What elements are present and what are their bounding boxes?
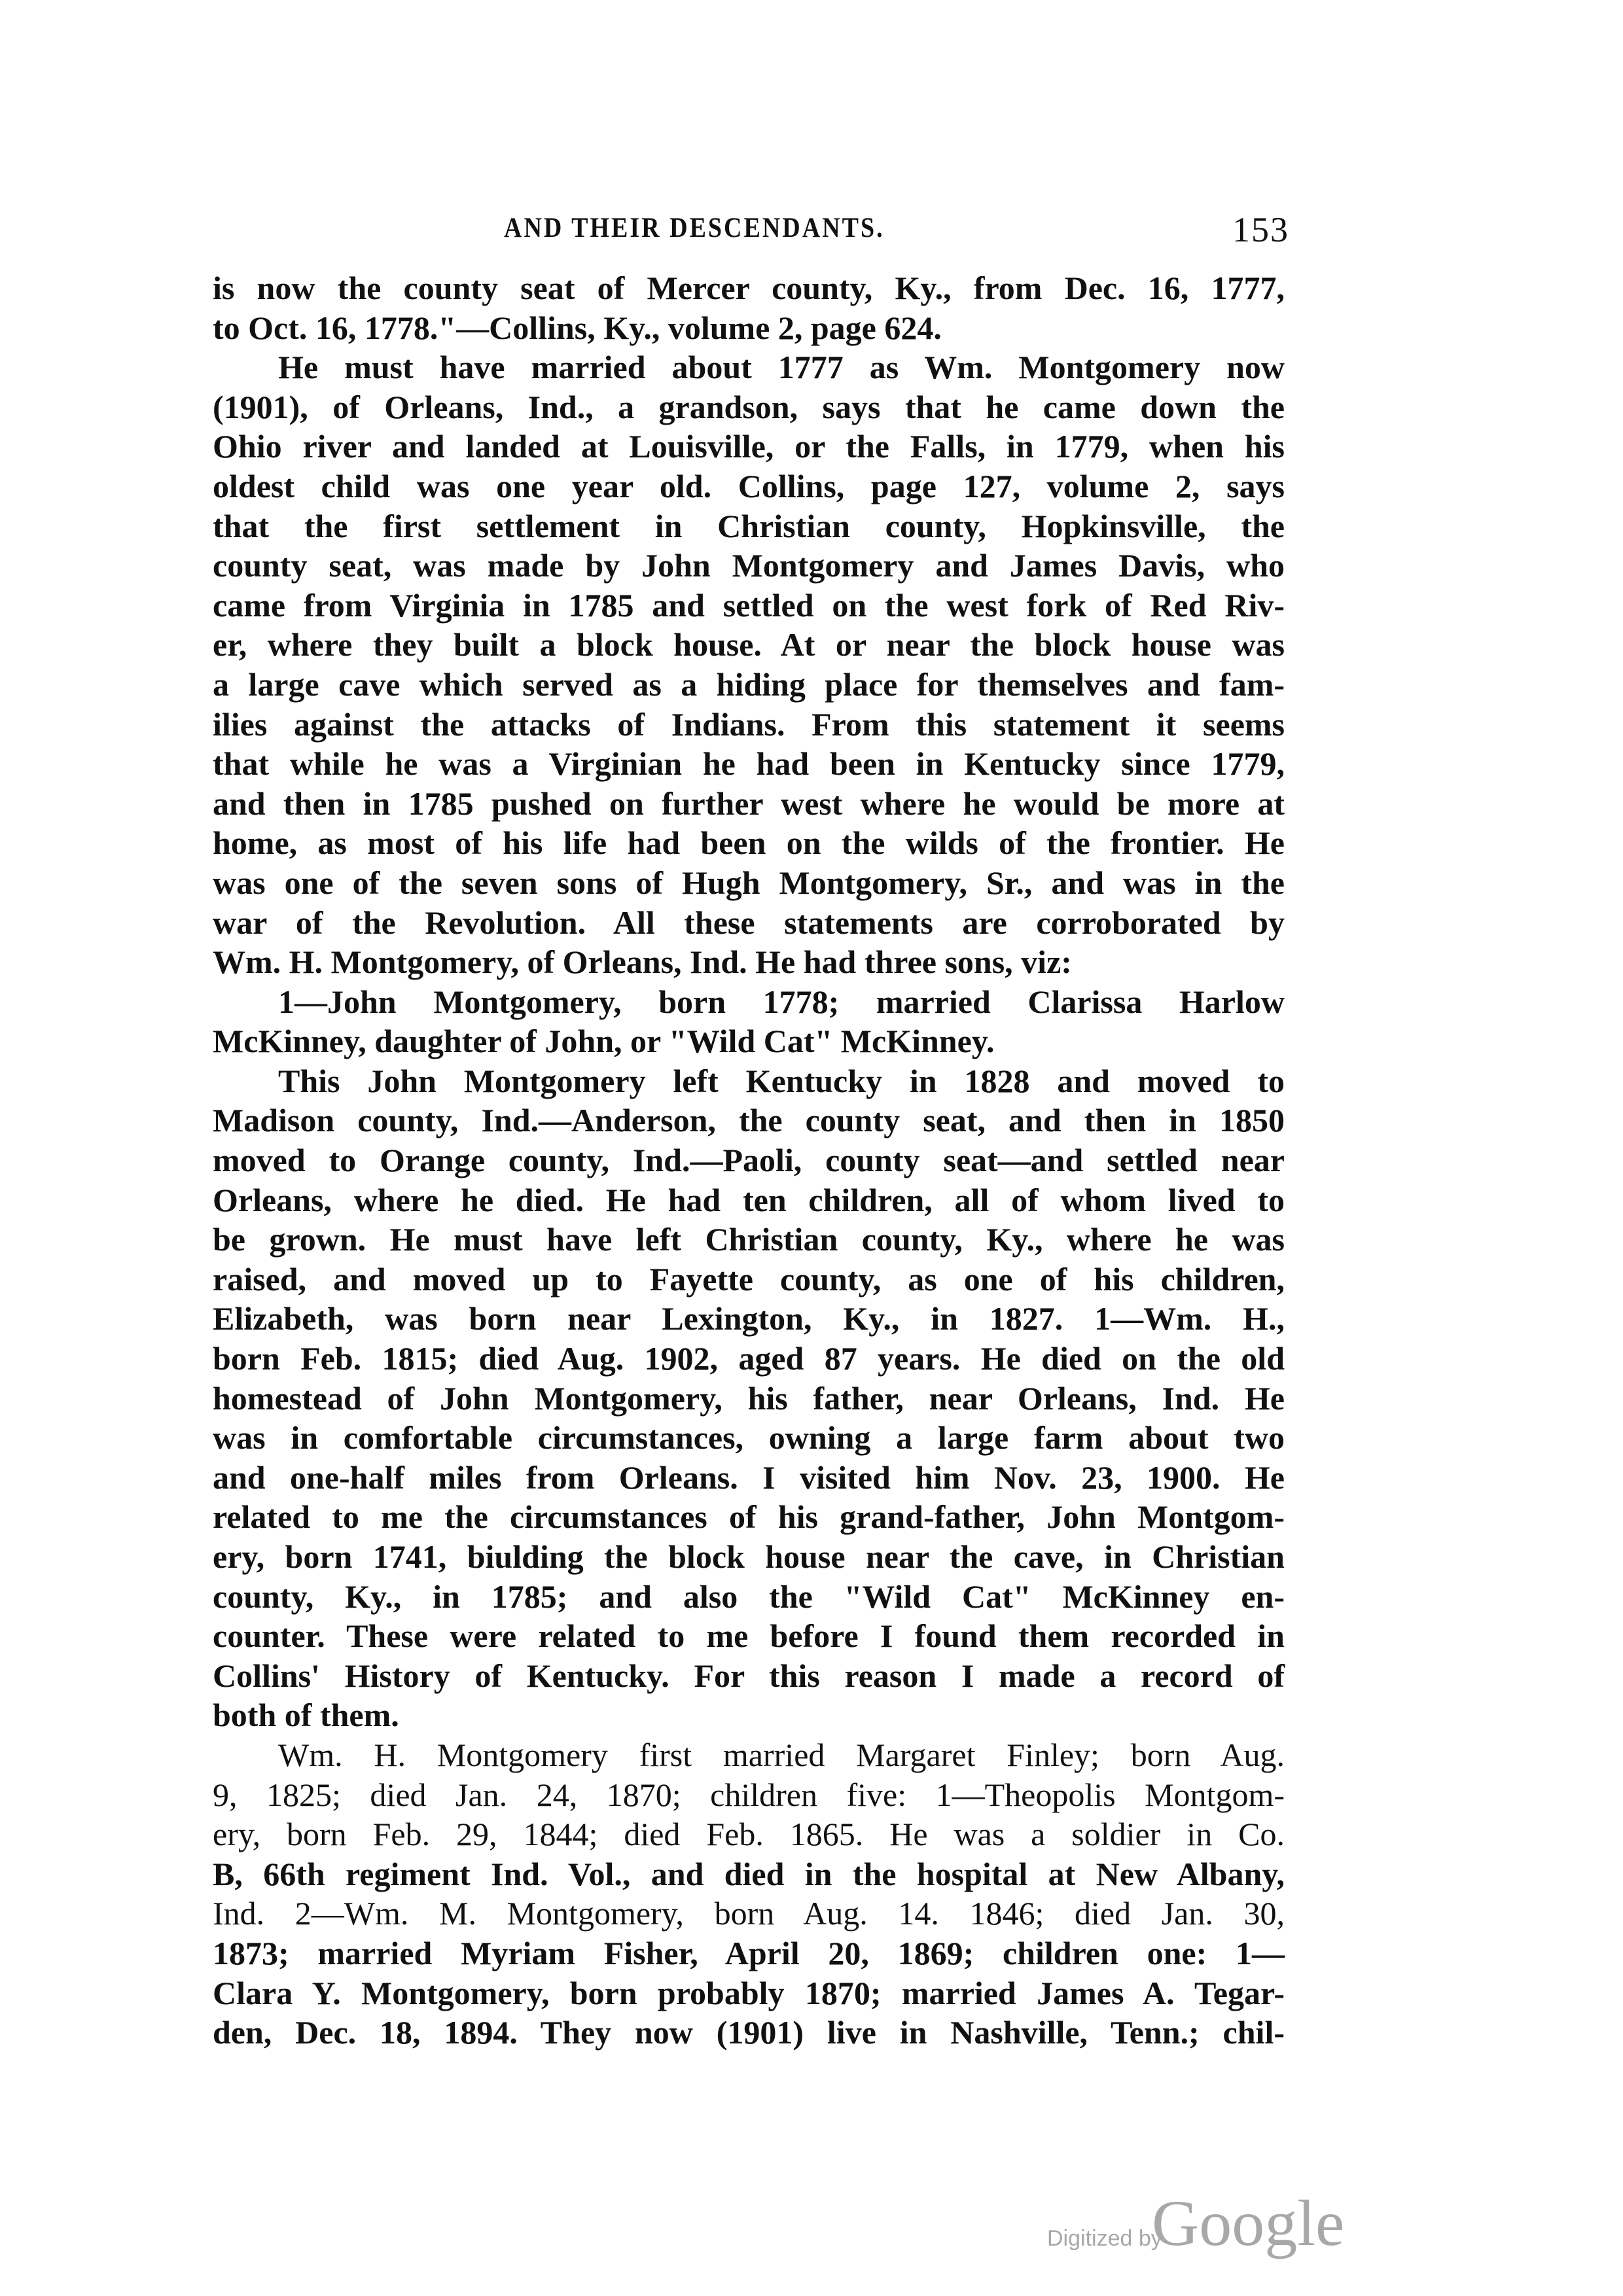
text-line: Madison county, Ind.—Anderson, the count… (213, 1101, 1285, 1140)
text-line: Ohio river and landed at Louisville, or … (213, 427, 1285, 467)
running-header: AND THEIR DESCENDANTS. 153 (504, 209, 1289, 262)
text-line: homestead of John Montgomery, his father… (213, 1379, 1285, 1419)
book-page: AND THEIR DESCENDANTS. 153 is now the co… (0, 0, 1623, 2296)
text-line: a large cave which served as a hiding pl… (213, 665, 1285, 705)
text-line: McKinney, daughter of John, or "Wild Cat… (213, 1021, 1285, 1061)
text-line: moved to Orange county, Ind.—Paoli, coun… (213, 1140, 1285, 1180)
text-line: 1873; married Myriam Fisher, April 20, 1… (213, 1934, 1285, 1973)
paragraph-start-line: Wm. H. Montgomery first married Margaret… (213, 1735, 1285, 1775)
watermark-prefix: Digitized by (1047, 2226, 1162, 2252)
text-line: counter. These were related to me before… (213, 1616, 1285, 1656)
page-number: 153 (1232, 209, 1289, 250)
text-line: county seat, was made by John Montgomery… (213, 546, 1285, 586)
text-line: that the first settlement in Christian c… (213, 506, 1285, 546)
body-text: is now the county seat of Mercer county,… (213, 268, 1285, 2053)
text-line: Clara Y. Montgomery, born probably 1870;… (213, 1973, 1285, 2013)
text-line: county, Ky., in 1785; and also the "Wild… (213, 1577, 1285, 1617)
text-line: be grown. He must have left Christian co… (213, 1220, 1285, 1260)
text-line: den, Dec. 18, 1894. They now (1901) live… (213, 2013, 1285, 2053)
running-title: AND THEIR DESCENDANTS. (504, 211, 885, 245)
text-line: ery, born Feb. 29, 1844; died Feb. 1865.… (213, 1814, 1285, 1854)
text-line: B, 66th regiment Ind. Vol., and died in … (213, 1854, 1285, 1894)
text-line: and one-half miles from Orleans. I visit… (213, 1458, 1285, 1498)
text-line: to Oct. 16, 1778."—Collins, Ky., volume … (213, 308, 1285, 348)
text-line: ilies against the attacks of Indians. Fr… (213, 705, 1285, 745)
text-line: related to me the circumstances of his g… (213, 1497, 1285, 1537)
text-line: that while he was a Virginian he had bee… (213, 744, 1285, 784)
text-line: came from Virginia in 1785 and settled o… (213, 586, 1285, 626)
google-logo-text: Google (1152, 2185, 1344, 2261)
text-line: born Feb. 1815; died Aug. 1902, aged 87 … (213, 1339, 1285, 1379)
text-line: oldest child was one year old. Collins, … (213, 467, 1285, 506)
text-line: and then in 1785 pushed on further west … (213, 784, 1285, 824)
text-line: Elizabeth, was born near Lexington, Ky.,… (213, 1299, 1285, 1339)
paragraph-start-line: He must have married about 1777 as Wm. M… (213, 347, 1285, 387)
paragraph-start-line: This John Montgomery left Kentucky in 18… (213, 1061, 1285, 1101)
text-line: is now the county seat of Mercer county,… (213, 268, 1285, 308)
text-line: home, as most of his life had been on th… (213, 823, 1285, 863)
text-line: Wm. H. Montgomery, of Orleans, Ind. He h… (213, 942, 1285, 982)
text-line: er, where they built a block house. At o… (213, 625, 1285, 665)
text-line: ery, born 1741, biulding the block house… (213, 1537, 1285, 1577)
text-line: raised, and moved up to Fayette county, … (213, 1260, 1285, 1299)
text-line: both of them. (213, 1695, 1285, 1735)
text-line: Collins' History of Kentucky. For this r… (213, 1656, 1285, 1696)
text-line: Ind. 2—Wm. M. Montgomery, born Aug. 14. … (213, 1894, 1285, 1934)
text-line: (1901), of Orleans, Ind., a grandson, sa… (213, 387, 1285, 427)
text-line: Orleans, where he died. He had ten child… (213, 1180, 1285, 1220)
paragraph-start-line: 1—John Montgomery, born 1778; married Cl… (213, 982, 1285, 1022)
text-line: was in comfortable circumstances, owning… (213, 1418, 1285, 1458)
text-line: war of the Revolution. All these stateme… (213, 903, 1285, 943)
text-line: 9, 1825; died Jan. 24, 1870; children fi… (213, 1775, 1285, 1815)
text-line: was one of the seven sons of Hugh Montgo… (213, 863, 1285, 903)
